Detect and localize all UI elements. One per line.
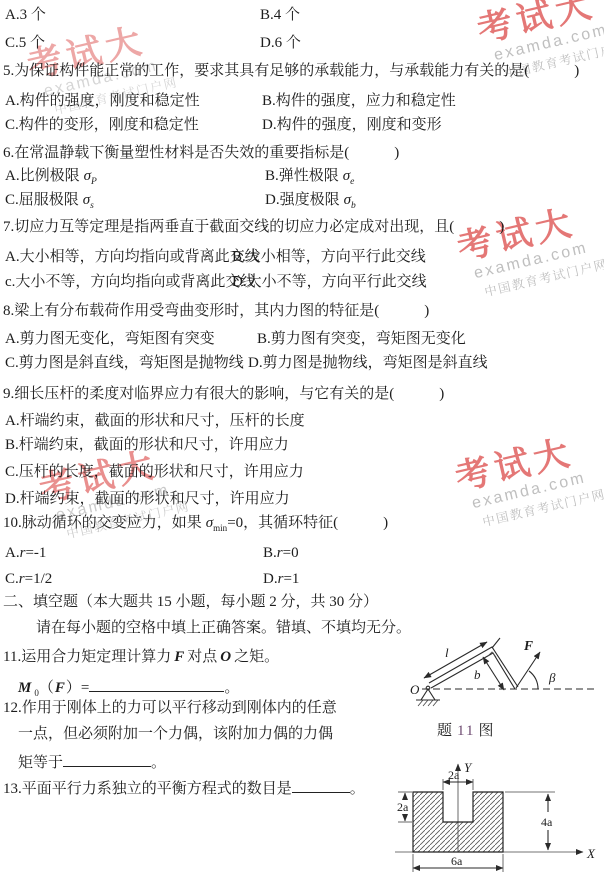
- q6-option-d: D.强度极限σb: [265, 191, 356, 215]
- label-O: O: [410, 682, 420, 697]
- q8-option-a: A.剪力图无变化，弯矩图有突变: [5, 330, 215, 348]
- q9-option-a: A.杆端约束，截面的形状和尺寸，压杆的长度: [5, 412, 305, 430]
- q12-period: 。: [151, 755, 166, 771]
- q5-option-b: B.构件的强度，应力和稳定性: [262, 92, 456, 110]
- q10-d-label: D.: [263, 571, 278, 587]
- q5-option-c: C.构件的变形，刚度和稳定性: [5, 116, 199, 134]
- q6-option-c: C.屈服极限σs: [5, 191, 94, 215]
- q5-stem: 5.为保证构件能正常的工作，要求其具有足够的承载能力，与承载能力有关的是( ): [3, 62, 579, 80]
- label-4a-right: 4a: [541, 815, 553, 829]
- section2-note: 请在每小题的空格中填上正确答案。错填、不填均无分。: [36, 619, 411, 637]
- q11-stem: 11.运用合力矩定理计算力F对点O之矩。: [3, 648, 279, 666]
- q6-option-c-label: C.屈服极限: [5, 192, 79, 208]
- sigma-subscript: P: [91, 177, 97, 187]
- q13-period: 。: [350, 781, 365, 797]
- sigma-symbol: σ: [344, 192, 351, 208]
- option-c-count: C.5 个: [5, 34, 45, 52]
- length-b-dimension: [483, 657, 504, 690]
- q6-option-b-label: B.弹性极限: [265, 168, 339, 184]
- caption-number: 11: [454, 723, 478, 739]
- q10-c-value: =1/2: [25, 571, 53, 587]
- q10-stem: 10.脉动循环的交变应力，如果σmin=0，其循环特征( ): [3, 514, 388, 537]
- q8-option-b: B.剪力图有突变，弯矩图无变化: [257, 330, 466, 348]
- figure-11-bent-bar: O l b F β: [408, 636, 604, 720]
- q10-b-value: =0: [283, 545, 299, 561]
- q10-stem-post: =0，其循环特征( ): [227, 515, 388, 531]
- q10-option-c: C.r=1/2: [5, 570, 52, 588]
- extension-line: [492, 638, 500, 648]
- q11-stem-pre: 11.运用合力矩定理计算力: [3, 649, 171, 665]
- q11-stem-post: 之矩。: [234, 649, 279, 665]
- watermark-examda: 考试大 examda.com 中国教育考试门户网: [452, 190, 604, 304]
- q11-answer-blank: [89, 676, 224, 692]
- q10-option-d: D.r=1: [263, 570, 299, 588]
- label-6a-bottom: 6a: [451, 854, 463, 868]
- q9-option-d: D.杆端约束，截面的形状和尺寸，许用应力: [5, 490, 290, 508]
- label-F: F: [523, 638, 533, 653]
- q13-answer-blank: [292, 777, 350, 793]
- ground-hatch: [418, 700, 423, 706]
- q7-option-a: A.大小相等，方向均指向或背离此交线: [5, 248, 260, 266]
- label-2a-left: 2a: [397, 800, 409, 814]
- q7-option-b: B.大小相等，方向平行此交线: [232, 248, 426, 266]
- figure-11-caption: 题11图: [437, 719, 495, 740]
- ground-hatch: [433, 700, 438, 706]
- paren-open: （: [39, 680, 54, 696]
- label-y-axis: Y: [464, 760, 473, 775]
- caption-pre: 题: [437, 723, 454, 739]
- section2-title: 二、填空题（本大题共 15 小题，每小题 2 分，共 30 分）: [3, 593, 378, 611]
- force-F-arrow: [516, 652, 540, 688]
- q6-option-a: A.比例极限σP: [5, 167, 97, 191]
- q8-option-c: C.剪力图是斜直线，弯矩图是抛物线: [5, 354, 244, 372]
- q9-option-c: C.压杆的长度，截面的形状和尺寸，许用应力: [5, 463, 304, 481]
- q6-option-a-label: A.比例极限: [5, 168, 80, 184]
- label-l: l: [445, 645, 449, 660]
- watermark-examda: 考试大 examda.com 中国教育考试门户网: [450, 420, 604, 534]
- q12-answer-blank: [63, 751, 151, 767]
- q8-option-d: D.剪力图是抛物线，弯矩图是斜直线: [248, 354, 488, 372]
- sigma-symbol: σ: [84, 168, 91, 184]
- q8-stem: 8.梁上有分布载荷作用受弯曲变形时，其内力图的特征是( ): [3, 302, 429, 320]
- q7-stem: 7.切应力互等定理是指两垂直于截面交线的切应力必定成对出现，且( ): [3, 218, 504, 236]
- q10-a-value: =-1: [25, 545, 46, 561]
- q12-line2: 一点，但必须附加一个力偶，该附加力偶的力偶: [18, 725, 333, 743]
- paren-close-equals: ）=: [66, 680, 89, 696]
- pin-support-triangle: [421, 689, 435, 700]
- q12-line1: 12.作用于刚体上的力可以平行移动到刚体内的任意: [3, 699, 337, 717]
- label-2a-top: 2a: [448, 768, 460, 782]
- q5-option-a: A.构件的强度，刚度和稳定性: [5, 92, 200, 110]
- point-O-symbol: O: [220, 649, 231, 665]
- caption-post: 图: [478, 723, 495, 739]
- q7-option-c: c.大小不等，方向均指向或背离此交线: [5, 273, 255, 291]
- option-b-count: B.4 个: [260, 6, 300, 24]
- force-F-symbol: F: [174, 649, 184, 665]
- q12-line3-pre: 矩等于: [18, 755, 63, 771]
- q10-b-label: B.: [263, 545, 277, 561]
- q9-stem: 9.细长压杆的柔度对临界应力有很大的影响，与它有关的是( ): [3, 385, 444, 403]
- label-beta: β: [548, 670, 556, 685]
- q11-stem-mid: 对点: [187, 649, 217, 665]
- sigma-subscript: e: [350, 177, 354, 187]
- beta-angle-arc: [529, 671, 538, 689]
- q13-stem-pre: 13.平面平行力系独立的平衡方程式的数目是: [3, 781, 292, 797]
- q10-a-label: A.: [5, 545, 20, 561]
- option-a-count: A.3 个: [5, 6, 46, 24]
- sigma-subscript: s: [90, 201, 94, 211]
- q10-option-b: B.r=0: [263, 544, 299, 562]
- q7-option-d: D.大小不等，方向平行此交线: [232, 273, 427, 291]
- q9-option-b: B.杆端约束，截面的形状和尺寸，许用应力: [5, 436, 289, 454]
- q10-stem-pre: 10.脉动循环的交变应力，如果: [3, 515, 202, 531]
- exam-page: 考试大 examda.com 中国教育考试门户网 考试大 examda.com …: [0, 0, 604, 878]
- option-d-count: D.6 个: [260, 34, 301, 52]
- ground-hatch: [423, 700, 428, 706]
- q6-stem: 6.在常温静载下衡量塑性材料是否失效的重要指标是( ): [3, 144, 399, 162]
- q10-c-label: C.: [5, 571, 19, 587]
- sigma-min-subscript: min: [213, 523, 227, 533]
- q13-stem: 13.平面平行力系独立的平衡方程式的数目是。: [3, 777, 365, 798]
- q11-period: 。: [224, 680, 239, 696]
- q10-d-value: =1: [283, 571, 299, 587]
- force-F-symbol: F: [55, 680, 65, 696]
- q6-option-d-label: D.强度极限: [265, 192, 340, 208]
- ground-hatch: [428, 700, 433, 706]
- label-b: b: [474, 667, 481, 682]
- q10-option-a: A.r=-1: [5, 544, 46, 562]
- label-x-axis: X: [586, 846, 596, 861]
- q6-option-b: B.弹性极限σe: [265, 167, 354, 191]
- moment-M-symbol: M: [18, 680, 31, 696]
- q5-option-d: D.构件的强度，刚度和变形: [262, 116, 442, 134]
- sigma-subscript: b: [351, 201, 356, 211]
- q12-line3: 矩等于。: [18, 751, 166, 772]
- figure-cross-section: 2a 2a 4a 6a Y X: [385, 750, 604, 878]
